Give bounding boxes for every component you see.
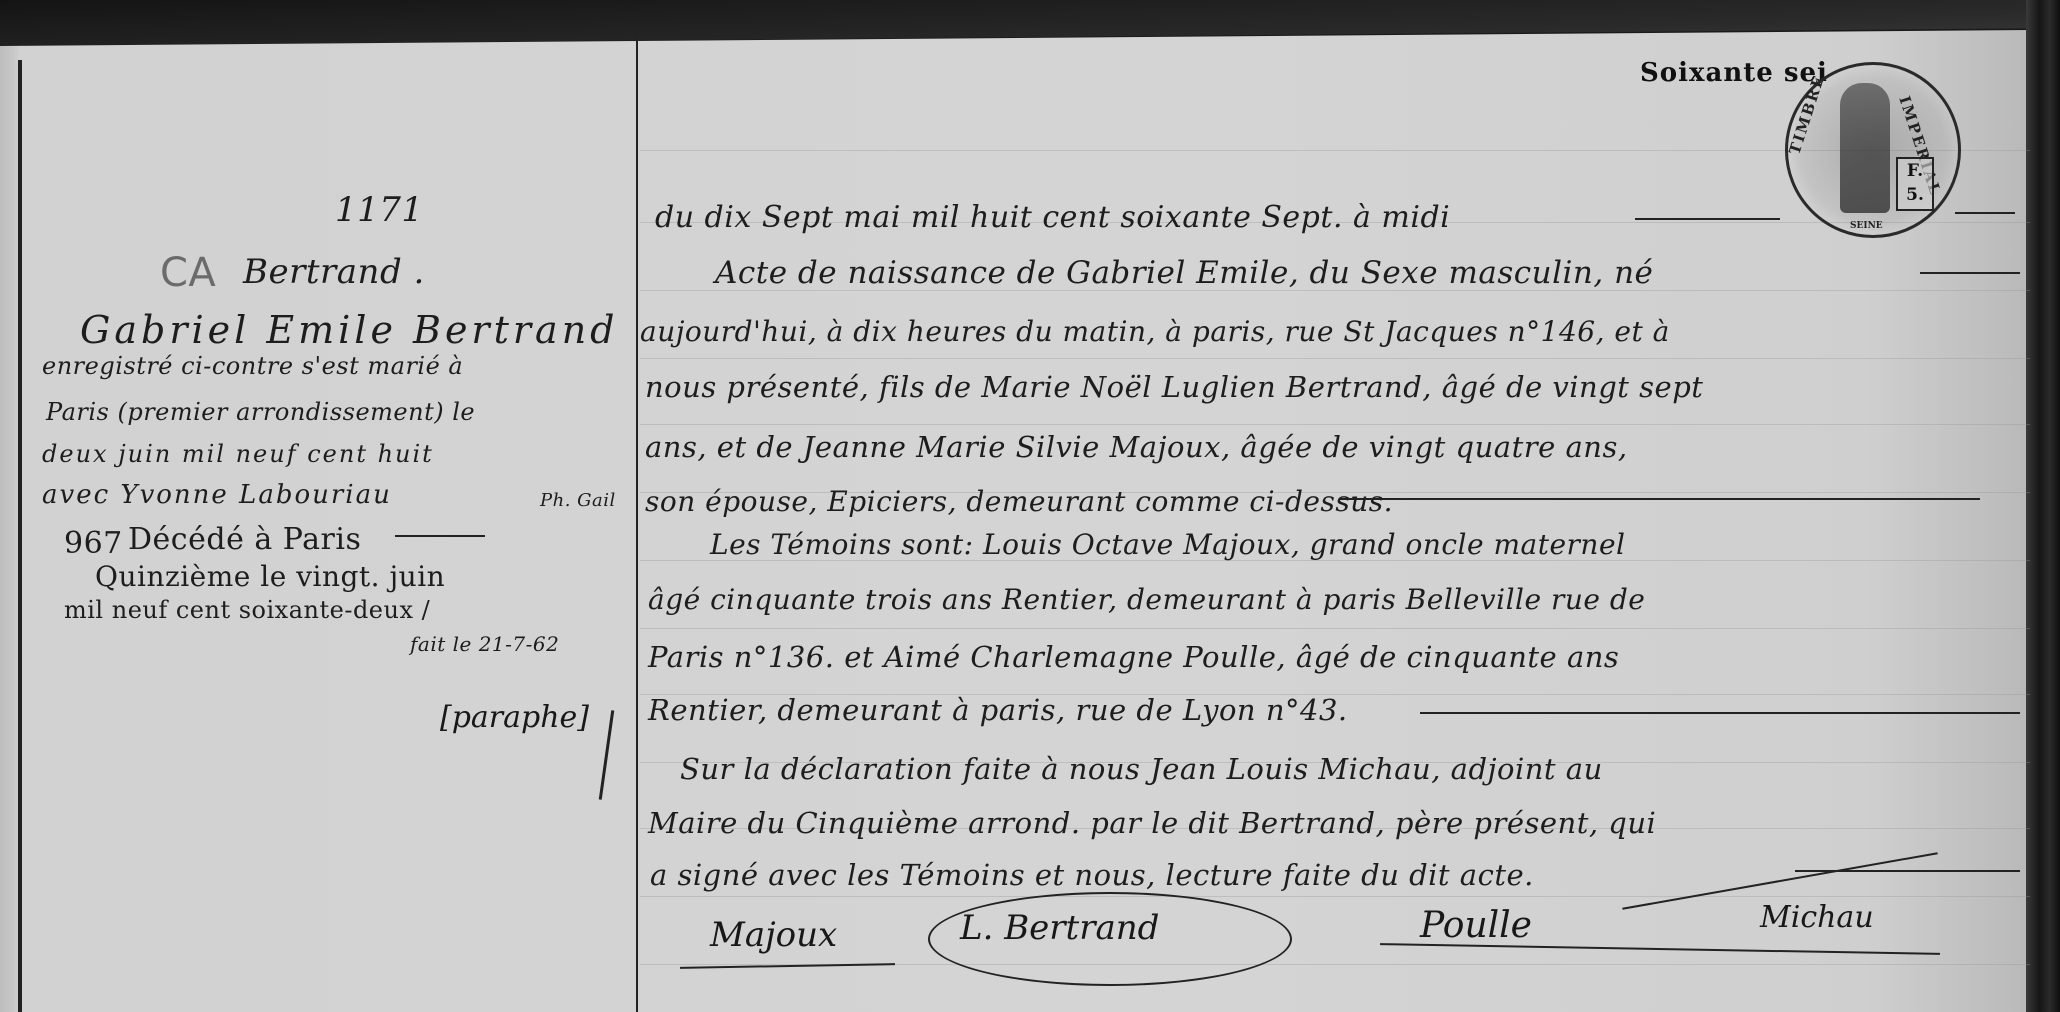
done-on-date: fait le 21-7-62 <box>410 632 559 656</box>
act-line: Rentier, demeurant à paris, rue de Lyon … <box>648 693 1348 727</box>
annotation-line: avec Yvonne Labouriau <box>42 480 392 510</box>
imperial-tax-stamp: TIMBRE IMPERIAL F. 5. SEINE <box>1785 62 1961 238</box>
signature-majoux: Majoux <box>710 915 837 955</box>
act-line: aujourd'hui, à dix heures du matin, à pa… <box>640 315 1670 348</box>
line-filler <box>1955 212 2015 214</box>
death-line: mil neuf cent soixante-deux / <box>64 596 430 624</box>
act-line: du dix Sept mai mil huit cent soixante S… <box>655 200 1450 235</box>
signature-bertrand: L. Bertrand <box>960 908 1159 948</box>
act-line: ans, et de Jeanne Marie Silvie Majoux, â… <box>645 430 1628 464</box>
act-line: a signé avec les Témoins et nous, lectur… <box>650 858 1534 892</box>
annotation-line: enregistré ci-contre s'est marié à <box>42 352 463 380</box>
stamp-value-currency: F. <box>1898 159 1932 183</box>
act-line: Les Témoins sont: Louis Octave Majoux, g… <box>710 528 1626 561</box>
signature-michau: Michau <box>1760 900 1874 935</box>
death-line: Décédé à Paris <box>128 522 361 557</box>
surname-heading: Bertrand . <box>243 252 425 292</box>
ruled-line <box>640 424 2030 425</box>
act-line: âgé cinquante trois ans Rentier, demeura… <box>648 583 1645 616</box>
death-ref-number: 967 <box>64 526 123 561</box>
ruled-line <box>640 896 2030 897</box>
line-filler <box>1920 272 2020 274</box>
left-margin-rule <box>18 60 22 1012</box>
line-filler <box>1340 498 1980 500</box>
gray-ca-mark: CA <box>160 250 216 296</box>
act-line: Maire du Cinquième arrond. par le dit Be… <box>648 806 1656 840</box>
justice-figure-icon <box>1840 83 1890 213</box>
act-line: nous présenté, fils de Marie Noël Luglie… <box>645 370 1703 404</box>
book-binding-edge <box>2026 0 2060 1012</box>
act-line: son épouse, Epiciers, demeurant comme ci… <box>645 485 1393 518</box>
ruled-line <box>640 628 2030 629</box>
line-filler <box>1635 218 1780 220</box>
act-line: Acte de naissance de Gabriel Emile, du S… <box>715 255 1653 291</box>
act-number: 1171 <box>335 190 424 230</box>
annotation-line: deux juin mil neuf cent huit <box>42 440 434 468</box>
signature-poulle: Poulle <box>1420 905 1532 946</box>
stamp-value-amount: 5. <box>1898 183 1932 207</box>
printed-page-header: Soixante sei <box>1640 58 1828 88</box>
full-name: Gabriel Emile Bertrand <box>80 308 619 352</box>
act-line: Sur la déclaration faite à nous Jean Lou… <box>680 752 1603 786</box>
line-filler <box>1420 712 2020 714</box>
stamp-value: F. 5. <box>1896 157 1934 211</box>
stamp-department: SEINE <box>1850 221 1883 231</box>
annotation-initials: Ph. Gail <box>540 490 616 511</box>
ruled-line <box>640 358 2030 359</box>
annotation-line: Paris (premier arrondissement) le <box>46 398 475 426</box>
death-line: Quinzième le vingt. juin <box>95 560 445 593</box>
act-line: Paris n°136. et Aimé Charlemagne Poulle,… <box>648 640 1619 674</box>
registrar-paraph: [paraphe] <box>440 700 589 735</box>
death-dash <box>395 535 485 537</box>
margin-divider-rule <box>636 34 638 1012</box>
